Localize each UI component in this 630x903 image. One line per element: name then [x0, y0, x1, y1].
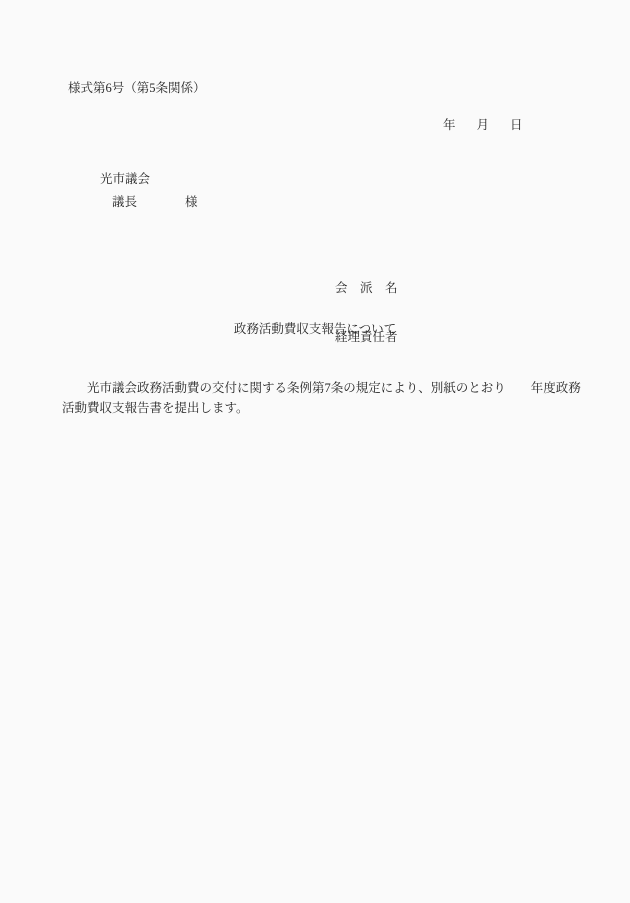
faction-name-label: 会 派 名 [335, 279, 398, 298]
date-year-label: 年 [443, 118, 456, 133]
sender-block: 会 派 名 経理責任者 [335, 249, 398, 377]
form-number: 様式第6号（第5条関係） [68, 81, 206, 96]
date-month-label: 月 [477, 118, 490, 133]
document-title: 政務活動費収支報告について [0, 322, 630, 337]
body-line-1: 光市議会政務活動費の交付に関する条例第7条の規定により、別紙のとおり 年度政務 [87, 381, 581, 396]
date-day-label: 日 [510, 118, 523, 133]
recipient-organization: 光市議会 [100, 172, 150, 187]
recipient-line: 議長 様 [112, 195, 198, 210]
body-line-2: 活動費収支報告書を提出します。 [62, 401, 249, 416]
recipient-title: 議長 [112, 195, 137, 210]
document-page: 様式第6号（第5条関係） 年 月 日 光市議会 議長 様 会 派 名 経理責任者… [0, 0, 630, 903]
date-line: 年 月 日 [443, 118, 523, 133]
recipient-honorific: 様 [185, 195, 198, 210]
